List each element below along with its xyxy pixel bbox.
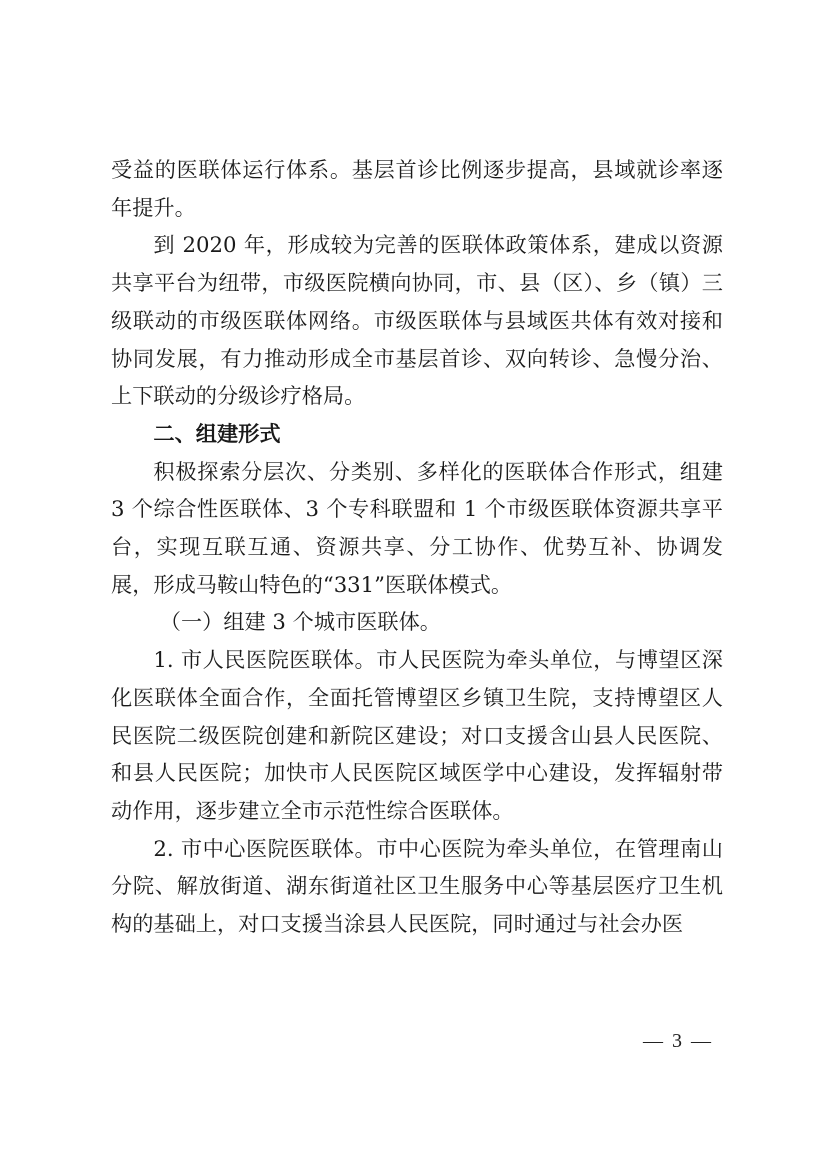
paragraph-continuation: 受益的医联体运行体系。基层首诊比例逐步提高，县域就诊率逐年提升。 xyxy=(111,151,723,226)
document-page: 受益的医联体运行体系。基层首诊比例逐步提高，县域就诊率逐年提升。 到 2020 … xyxy=(111,151,723,943)
paragraph-goal-2020: 到 2020 年，形成较为完善的医联体政策体系，建成以资源共享平台为纽带，市级医… xyxy=(111,226,723,415)
section-heading: 二、组建形式 xyxy=(111,415,723,453)
paragraph-item-2: 2. 市中心医院医联体。市中心医院为牵头单位，在管理南山分院、解放街道、湖东街道… xyxy=(111,830,723,943)
page-number: — 3 — xyxy=(628,1030,728,1053)
paragraph-formation: 积极探索分层次、分类别、多样化的医联体合作形式，组建 3 个综合性医联体、3 个… xyxy=(111,453,723,604)
paragraph-item-1: 1. 市人民医院医联体。市人民医院为牵头单位，与博望区深化医联体全面合作，全面托… xyxy=(111,641,723,830)
subsection-heading: （一）组建 3 个城市医联体。 xyxy=(111,603,723,641)
